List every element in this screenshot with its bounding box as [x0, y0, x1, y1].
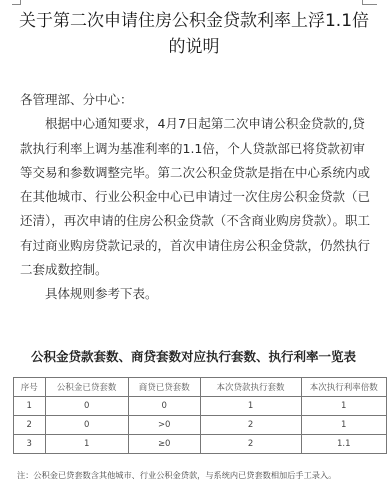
salutation: 各管理部、分中心： [20, 88, 372, 112]
document-title: 关于第二次申请住房公积金贷款利率上浮1.1倍的说明 [14, 8, 374, 60]
cell-loan-count: 1 [200, 397, 301, 416]
header-loan-count: 本次贷款执行套数 [200, 378, 301, 397]
table-row: 2 0 >0 2 1 [14, 416, 387, 435]
table-note: 注：公积金已贷套数含其他城市、行业公积金贷款，与系统内已贷套数相加后手工录入。 [17, 470, 387, 481]
cell-loan-count: 2 [200, 416, 301, 435]
cell-index: 3 [14, 435, 46, 454]
cell-index: 1 [14, 397, 46, 416]
crop-mark-top-left [12, 0, 21, 5]
table-title: 公积金贷款套数、商贷套数对应执行套数、执行利率一览表 [0, 347, 387, 365]
cell-rate-multiple: 1.1 [301, 435, 386, 454]
cell-loan-count: 2 [200, 435, 301, 454]
paragraph-main: 根据中心通知要求，4月7日起第二次申请公积金贷款的,贷款执行利率上调为基准利率的… [20, 112, 372, 282]
cell-index: 2 [14, 416, 46, 435]
crop-mark-top-right [362, 0, 377, 5]
header-fund-loans: 公积金已贷套数 [45, 378, 128, 397]
rate-table: 序号 公积金已贷套数 商贷已贷套数 本次贷款执行套数 本次执行利率倍数 1 0 … [13, 377, 387, 454]
cell-commercial-loans: 0 [128, 397, 200, 416]
cell-fund-loans: 0 [45, 416, 128, 435]
cell-rate-multiple: 1 [301, 416, 386, 435]
document-body: 各管理部、分中心： 根据中心通知要求，4月7日起第二次申请公积金贷款的,贷款执行… [20, 88, 372, 307]
header-index: 序号 [14, 378, 46, 397]
table-row: 3 1 ≥0 2 1.1 [14, 435, 387, 454]
cell-commercial-loans: >0 [128, 416, 200, 435]
header-rate-multiple: 本次执行利率倍数 [301, 378, 386, 397]
cell-rate-multiple: 1 [301, 397, 386, 416]
table-row: 1 0 0 1 1 [14, 397, 387, 416]
header-commercial-loans: 商贷已贷套数 [128, 378, 200, 397]
paragraph-reference: 具体规则参考下表。 [20, 282, 372, 306]
cell-fund-loans: 1 [45, 435, 128, 454]
cell-fund-loans: 0 [45, 397, 128, 416]
table-header-row: 序号 公积金已贷套数 商贷已贷套数 本次贷款执行套数 本次执行利率倍数 [14, 378, 387, 397]
cell-commercial-loans: ≥0 [128, 435, 200, 454]
